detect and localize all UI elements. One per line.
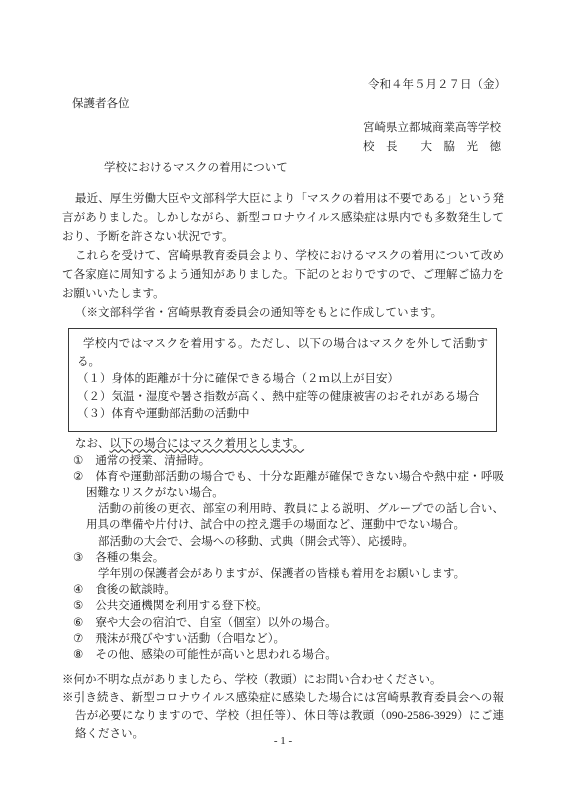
document-date: 令和４年５月２７日（金）	[368, 76, 504, 95]
page-number: - 1 -	[0, 735, 566, 747]
footer-notes: ※何か不明な点がありましたら、学校（教頭）にお問い合わせください。 ※引き続き、…	[62, 671, 504, 743]
body-paragraphs: 最近、厚生労働大臣や文部科学大臣により「マスクの着用は不要である」という発言があ…	[62, 190, 504, 323]
item-text: 食後の歓談時。	[95, 584, 176, 596]
mask-item-2: ②体育や運動部活動の場合でも、十分な距離が確保できない場合や熱中症・呼吸困難なリ…	[62, 469, 504, 501]
mask-required-list: ①通常の授業、清掃時。 ②体育や運動部活動の場合でも、十分な距離が確保できない場…	[62, 453, 504, 664]
principal-line: 校 長 大 脇 光 徳	[363, 138, 504, 157]
mask-item-3: ③各種の集会。	[62, 550, 504, 566]
mask-required-lead: なお、以下の場合にはマスク着用とします。	[62, 435, 504, 453]
item-text: 公共交通機関を利用する登下校。	[95, 600, 268, 612]
mask-item-6: ⑥寮や大会の宿泊で、自室（個室）以外の場合。	[62, 615, 504, 631]
item-text: その他、感染の可能性が高いと思われる場合。	[95, 649, 337, 661]
paragraph-source-note: （※文部科学省・宮崎県教育委員会の通知等をもとに作成しています。	[62, 304, 504, 323]
rule-box-item-2: （２）気温・湿度や暑さ指数が高く、熱中症等の健康被害のおそれがある場合	[77, 389, 488, 407]
item-marker: ⑧	[73, 649, 83, 661]
item-text: 寮や大会の宿泊で、自室（個室）以外の場合。	[95, 617, 336, 629]
rule-box-item-1: （１）身体的距離が十分に確保できる場合（２ｍ以上が目安）	[77, 371, 488, 389]
mask-item-2-sub-1: 活動の前後の更衣、部室の利用時、教員による説明、グループでの話し合い、用具の準備…	[62, 501, 504, 533]
item-text: 通常の授業、清掃時。	[95, 455, 210, 467]
mask-item-1: ①通常の授業、清掃時。	[62, 453, 504, 469]
item-marker: ⑤	[73, 600, 83, 612]
school-name: 宮崎県立都城商業高等学校	[363, 119, 504, 138]
item-marker: ③	[73, 552, 83, 564]
paragraph-board-notice: これらを受けて、宮崎県教育委員会より、学校におけるマスクの着用について改めて各家…	[62, 247, 504, 304]
rule-box-lead: 学校内ではマスクを着用する。ただし、以下の場合はマスクを外して活動する。	[77, 336, 488, 371]
notice-document-page: 令和４年５月２７日（金） 保護者各位 宮崎県立都城商業高等学校 校 長 大 脇 …	[0, 0, 566, 800]
addressee: 保護者各位	[72, 95, 504, 114]
mask-item-2-sub-2: 部活動の大会で、会場への移動、式典（開会式等）、応援時。	[62, 534, 504, 550]
mask-item-7: ⑦飛沫が飛びやすい活動（合唱など）。	[62, 631, 504, 647]
item-marker: ①	[73, 455, 83, 467]
item-marker: ④	[73, 584, 83, 596]
note-contact: ※何か不明な点がありましたら、学校（教頭）にお問い合わせください。	[62, 671, 504, 689]
mask-required-underlined-text: 以下の場合にはマスク着用とします。	[110, 438, 305, 450]
rule-box-item-3: （３）体育や運動部活動の活動中	[77, 406, 488, 424]
mask-item-5: ⑤公共交通機関を利用する登下校。	[62, 598, 504, 614]
mask-rule-box: 学校内ではマスクを着用する。ただし、以下の場合はマスクを外して活動する。 （１）…	[68, 328, 497, 432]
item-marker: ②	[73, 471, 84, 483]
paragraph-recent-statements: 最近、厚生労働大臣や文部科学大臣により「マスクの着用は不要である」という発言があ…	[62, 190, 504, 247]
mask-item-3-sub-1: 学年別の保護者会がありますが、保護者の皆様も着用をお願いします。	[62, 566, 504, 582]
document-title: 学校におけるマスクの着用について	[104, 159, 504, 178]
item-marker: ⑦	[73, 633, 83, 645]
item-marker: ⑥	[73, 617, 83, 629]
item-text: 飛沫が飛びやすい活動（合唱など）。	[95, 633, 285, 645]
mask-required-prefix: なお、	[75, 438, 110, 450]
mask-item-8: ⑧その他、感染の可能性が高いと思われる場合。	[62, 647, 504, 663]
sender-block: 宮崎県立都城商業高等学校 校 長 大 脇 光 徳	[363, 119, 504, 157]
mask-item-4: ④食後の歓談時。	[62, 582, 504, 598]
item-text: 体育や運動部活動の場合でも、十分な距離が確保できない場合や熱中症・呼吸困難なリス…	[86, 471, 504, 499]
item-text: 各種の集会。	[95, 552, 164, 564]
